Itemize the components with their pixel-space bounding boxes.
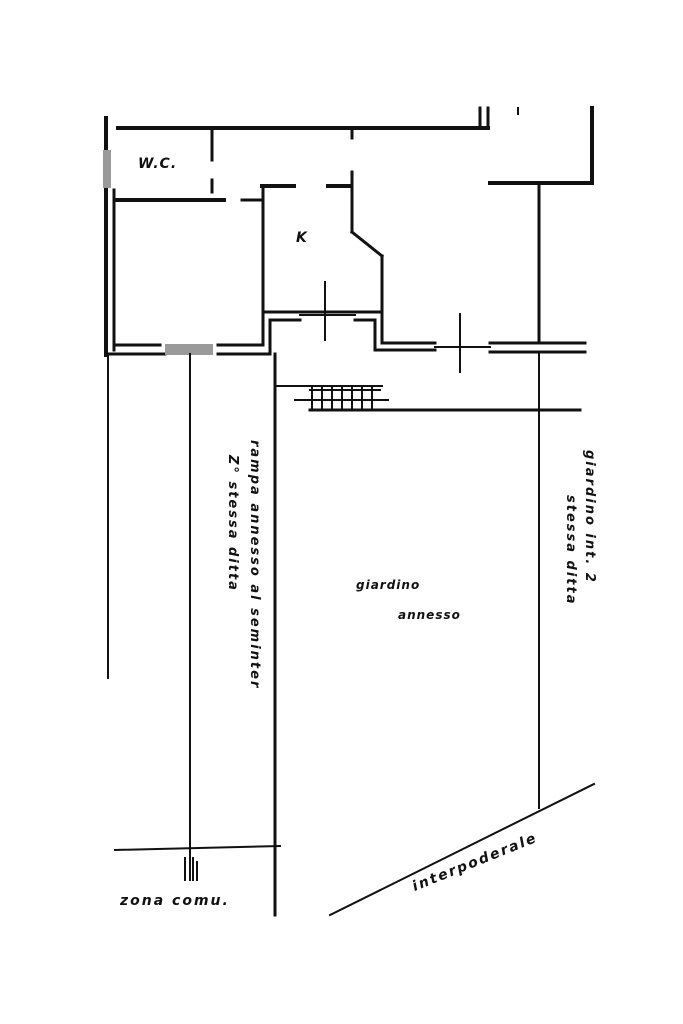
window-marks	[300, 282, 490, 372]
label-giardino-int-line1: giardino int. 2	[582, 450, 597, 584]
top-wall	[118, 108, 518, 138]
kitchen-walls	[242, 172, 382, 312]
floor-plan-drawing	[0, 0, 683, 1024]
label-rampa-line2: Z° stessa ditta	[225, 455, 240, 592]
floor-plan-sheet: W.C. K giardino annesso rampa annesso al…	[0, 0, 683, 1024]
label-annesso: annesso	[398, 608, 461, 622]
stairs	[277, 386, 580, 410]
room-label-kitchen: K	[296, 230, 308, 246]
label-giardino-int-line2: stessa ditta	[563, 495, 578, 606]
room-label-wc: W.C.	[138, 156, 177, 172]
label-giardino: giardino	[356, 578, 420, 592]
right-walls	[490, 108, 592, 342]
property-lines	[108, 352, 539, 880]
label-rampa-line1: rampa annesso al seminter	[247, 440, 262, 689]
interpoderale-road-line	[330, 784, 594, 915]
label-zona-comune: zona comu.	[120, 893, 230, 909]
left-outer-wall	[103, 118, 114, 355]
